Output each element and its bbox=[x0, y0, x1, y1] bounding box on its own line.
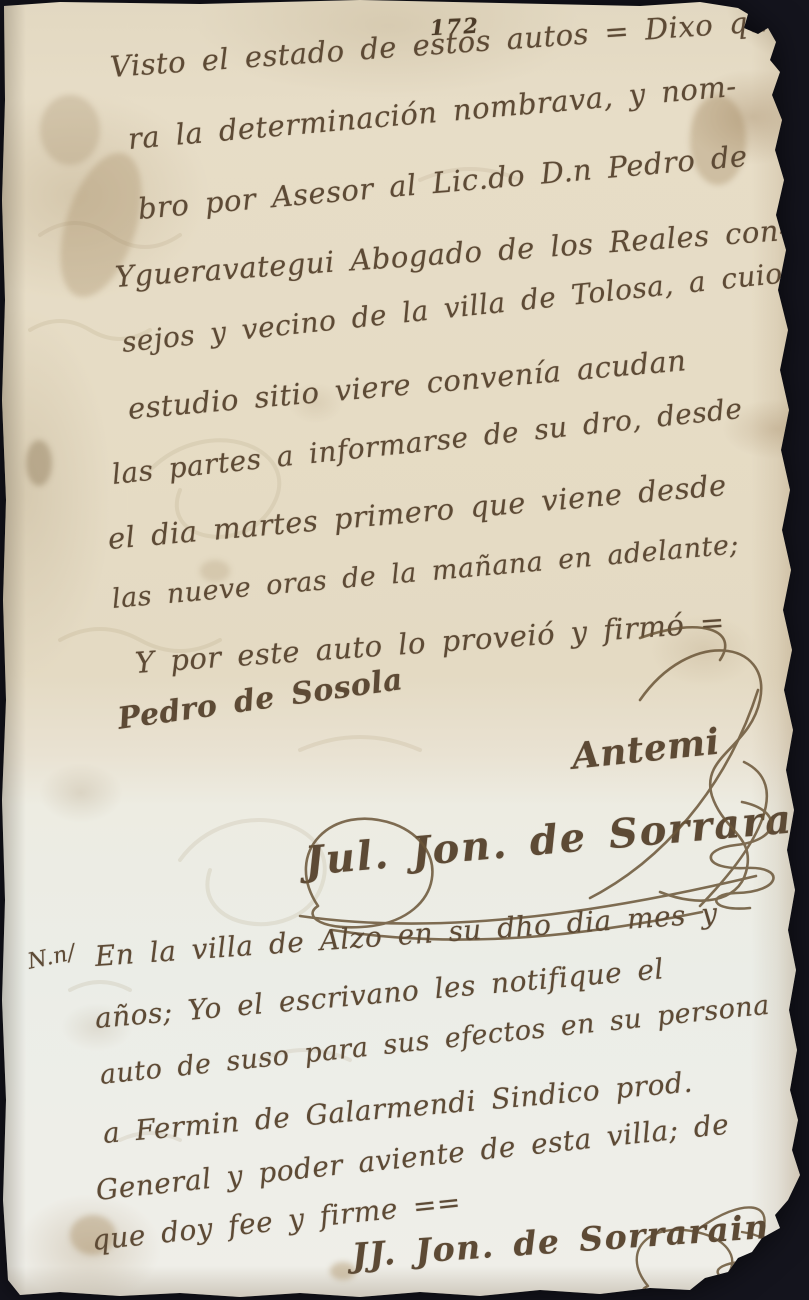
paper-edge-shading-right bbox=[751, 0, 809, 1300]
margin-note: N.n/ bbox=[25, 940, 78, 975]
manuscript-line: Y por este auto lo proveió y firmó = bbox=[134, 605, 726, 680]
scanned-manuscript-page: { "page": { "folio_number": "172", "ink_… bbox=[0, 0, 809, 1300]
manuscript-paper-wrap: 172 Visto el estado de estos autos = Dix… bbox=[0, 0, 809, 1300]
paper-stain bbox=[26, 440, 52, 486]
manuscript-line: ra la determinación nombrava, y nom- bbox=[127, 69, 738, 156]
antemi-attestation: Antemi bbox=[570, 721, 722, 778]
scribe-signature: Jul. Jon. de Sorrarain bbox=[303, 791, 809, 885]
manuscript-line: bro por Asesor al Lic.do D.n Pedro de bbox=[137, 139, 749, 226]
paper-gutter-shadow bbox=[0, 0, 26, 1300]
paper-stain bbox=[40, 95, 100, 165]
manuscript-paper: 172 Visto el estado de estos autos = Dix… bbox=[0, 0, 809, 1300]
